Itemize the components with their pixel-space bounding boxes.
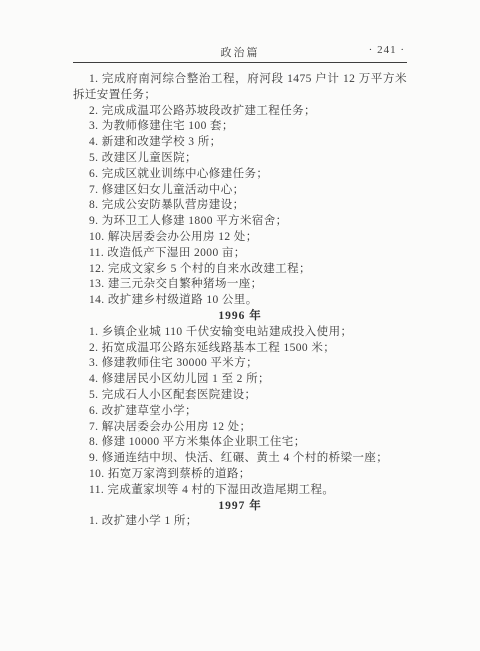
year-heading-1996: 1996 年 — [73, 309, 407, 325]
year-heading-1997: 1997 年 — [73, 499, 407, 515]
list-item: 6. 改扩建草堂小学； — [73, 404, 407, 420]
list-item: 4. 新建和改建学校 3 所； — [73, 135, 407, 151]
list-item: 8. 完成公安防暴队营房建设； — [73, 198, 407, 214]
list-item: 6. 完成区就业训练中心修建任务； — [73, 167, 407, 183]
list-item: 10. 解决居委会办公用房 12 处； — [73, 230, 407, 246]
page-title: 政治篇 — [73, 44, 407, 60]
list-item: 2. 完成成温邛公路苏坡段改扩建工程任务； — [73, 104, 407, 120]
list-item: 8. 修建 10000 平方米集体企业职工住宅； — [73, 435, 407, 451]
header-divider — [73, 62, 407, 63]
list-item: 10. 拓宽万家湾到蔡桥的道路； — [73, 467, 407, 483]
list-item: 7. 解决居委会办公用房 12 处； — [73, 420, 407, 436]
list-item: 1. 乡镇企业城 110 千伏安输变电站建成投入使用； — [73, 325, 407, 341]
list-item: 9. 为环卫工人修建 1800 平方米宿舍； — [73, 214, 407, 230]
list-item: 7. 修建区妇女儿童活动中心； — [73, 183, 407, 199]
list-item: 5. 改建区儿童医院； — [73, 151, 407, 167]
list-item: 12. 完成文家乡 5 个村的自来水改建工程； — [73, 262, 407, 278]
list-item: 13. 建三元杂交自繁种猪场一座； — [73, 277, 407, 293]
list-item: 2. 拓宽成温邛公路东延线路基本工程 1500 米； — [73, 341, 407, 357]
list-item: 1. 改扩建小学 1 所； — [73, 514, 407, 530]
list-item: 11. 改造低产下湿田 2000 亩； — [73, 246, 407, 262]
list-item: 14. 改扩建乡村级道路 10 公里。 — [73, 293, 407, 309]
list-item: 9. 修通连结中坝、快活、红碾、黄土 4 个村的桥梁一座； — [73, 451, 407, 467]
list-item: 5. 完成石人小区配套医院建设； — [73, 388, 407, 404]
page-header: 政治篇 · 241 · — [73, 44, 407, 59]
page-body: 1. 完成府南河综合整治工程，府河段 1475 户计 12 万平方米拆迁安置任务… — [73, 72, 407, 530]
page-number: · 241 · — [369, 44, 405, 56]
list-item: 11. 完成董家坝等 4 村的下湿田改造尾期工程。 — [73, 483, 407, 499]
list-item: 1. 完成府南河综合整治工程，府河段 1475 户计 12 万平方米拆迁安置任务… — [73, 72, 407, 104]
list-item: 3. 修建教师住宅 30000 平米方； — [73, 356, 407, 372]
list-item: 3. 为教师修建住宅 100 套； — [73, 119, 407, 135]
book-page: 政治篇 · 241 · 1. 完成府南河综合整治工程，府河段 1475 户计 1… — [73, 44, 407, 530]
list-item: 4. 修建居民小区幼儿园 1 至 2 所； — [73, 372, 407, 388]
